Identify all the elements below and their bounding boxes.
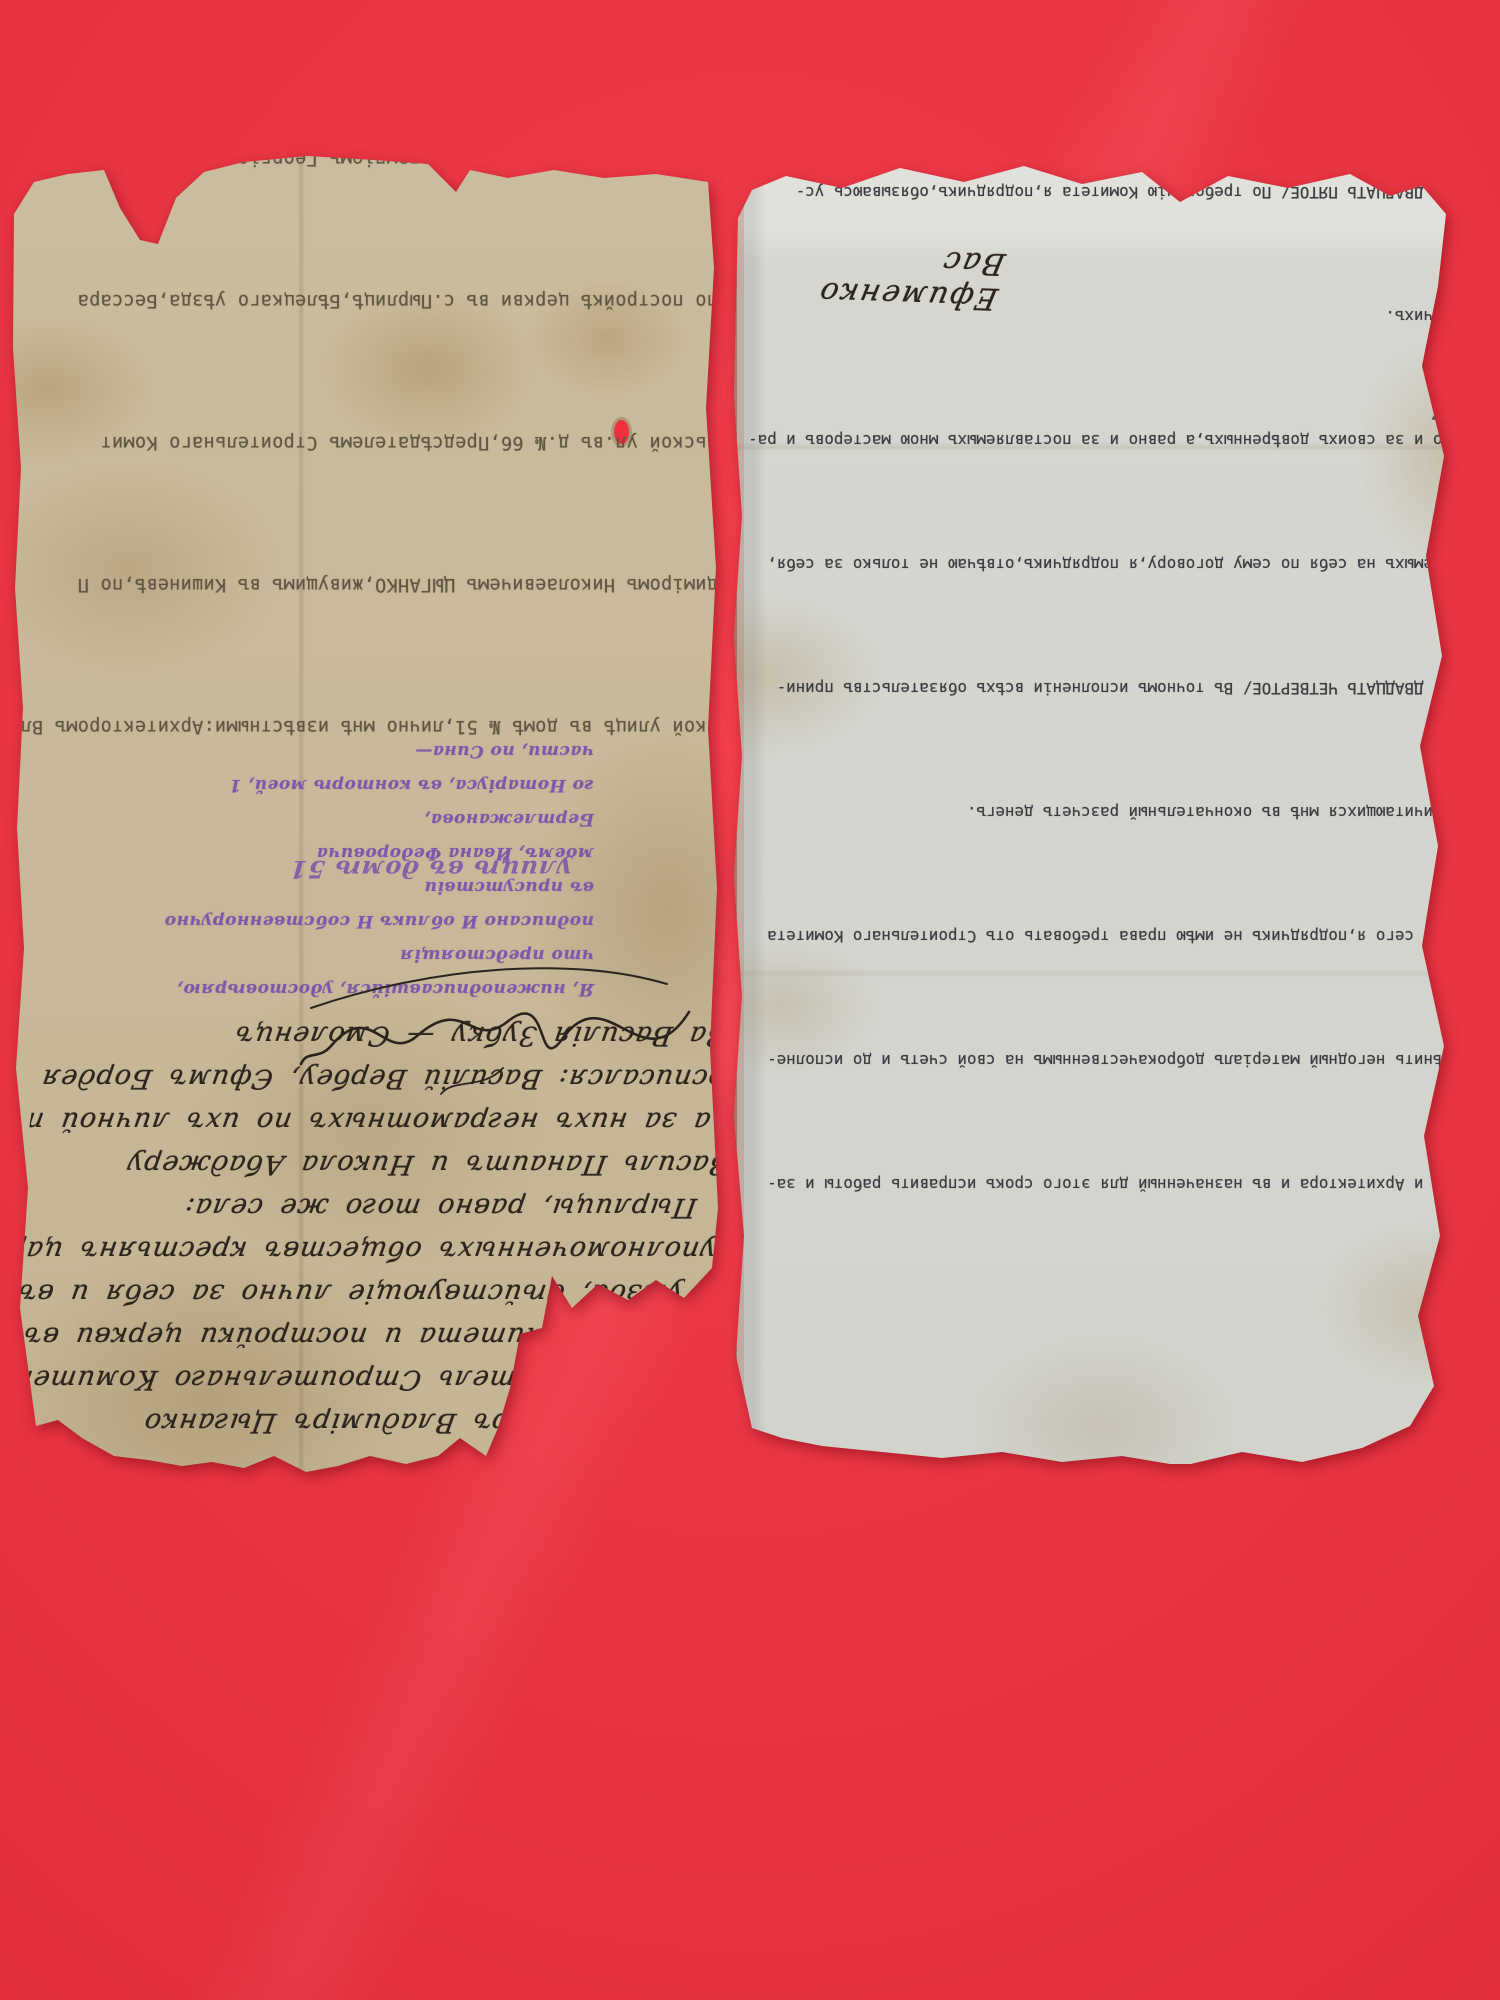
typed-line: причитающихся мнѣ въ окончательный разсч… <box>744 797 1452 828</box>
typed-line: ДВАДЦАТЬ ПЯТОЕ/ По требованію Комитета я… <box>744 177 1452 208</box>
typed-line: льской ул.въ д.№ 66,Предсѣдателемъ Строи… <box>18 425 718 461</box>
handwritten-line: Пырлицы, равно того же села: <box>13 1186 700 1229</box>
contract-signature: Ефименко Вас <box>754 248 1007 316</box>
handwritten-line: Василь Панаитъ и Никола Абаджеру <box>20 1143 733 1186</box>
stamp-line: моемъ, Ивана Федоровича Бертлежанова, <box>164 802 594 870</box>
contract-text-block: та и Архитектора и въ назначенный для эт… <box>744 206 1452 1386</box>
handwritten-line: а за нихъ неграмотныхъ по ихъ личной про… <box>27 1100 714 1143</box>
typed-line: диміромъ Николаевичемъ ЦЫГАНКО,живущимъ … <box>18 567 718 603</box>
right-document-sheet: та и Архитектора и въ назначенный для эт… <box>722 156 1466 1464</box>
typed-line: но и за своихъ довѣренныхъ,а равно и за … <box>744 425 1452 456</box>
typed-line: мѣнить негодный матеріалъ доброкачествен… <box>744 1045 1452 1076</box>
typed-line: троить престолъ въ церкви изъ прочнаго т… <box>744 53 1452 84</box>
typed-line: нія сего я,подрядчикъ не имѣю права треб… <box>744 921 1452 952</box>
handwritten-signatures-block: Архитекторъ Владиміръ Цыганко Предсѣдате… <box>0 1004 755 1444</box>
photo-red-background: ской улицѣ въ домѣ № 51,лично мнѣ извѣст… <box>0 0 1500 2000</box>
handwritten-line: уѣзда, дѣйствующіе лично за себя и въ ка… <box>0 1272 686 1315</box>
contract-lines-top: та и Архитектора и въ назначенный для эт… <box>744 0 1452 1324</box>
typed-line: вшимъ на основаніи предоставленнаго Указ… <box>18 0 718 34</box>
stamp-line: го Нотаріуса, въ конторѣ моей, 1 части, … <box>164 734 594 802</box>
handwritten-line: Члены Комитета и постройки церкви въ с: … <box>0 1315 706 1358</box>
handwritten-line: Предсѣдатель Строительнаго Комитета, Свя… <box>0 1358 673 1401</box>
left-document-sheet: ской улицѣ въ домѣ № 51,лично мнѣ извѣст… <box>8 148 720 1568</box>
handwritten-line: Архитекторъ Владиміръ Цыганко <box>0 1401 692 1444</box>
typed-line: ДВАДЦАТЬ ЧЕТВЕРТОЕ/ Въ точномъ исполнені… <box>744 673 1452 704</box>
typed-line: та и Архитектора и въ назначенный для эт… <box>744 1169 1452 1200</box>
handwritten-line: уполномоченныхъ обществъ крестьянъ царан… <box>6 1229 719 1272</box>
handwritten-line: росписался: Василій Вербеу, Єфимъ Бордея <box>34 1057 747 1100</box>
handwritten-line: За Василія Зубку — Смоленцъ <box>40 1014 727 1057</box>
stamp-line: подписано И обликъ Н собственноручно въ … <box>164 870 594 938</box>
typed-line: губерніи,Священникомъ Харалампіемъ Георг… <box>18 141 718 177</box>
left-sheet-paper: ской улицѣ въ домѣ № 51,лично мнѣ извѣст… <box>8 148 720 1568</box>
typed-line: маемыхъ на себя по сему договору,я подря… <box>744 549 1452 580</box>
right-sheet-paper: та и Архитектора и въ назначенный для эт… <box>722 156 1466 1464</box>
typed-line: по постройкѣ церкви въ с.Пырлицѣ,Бѣлецка… <box>18 283 718 319</box>
